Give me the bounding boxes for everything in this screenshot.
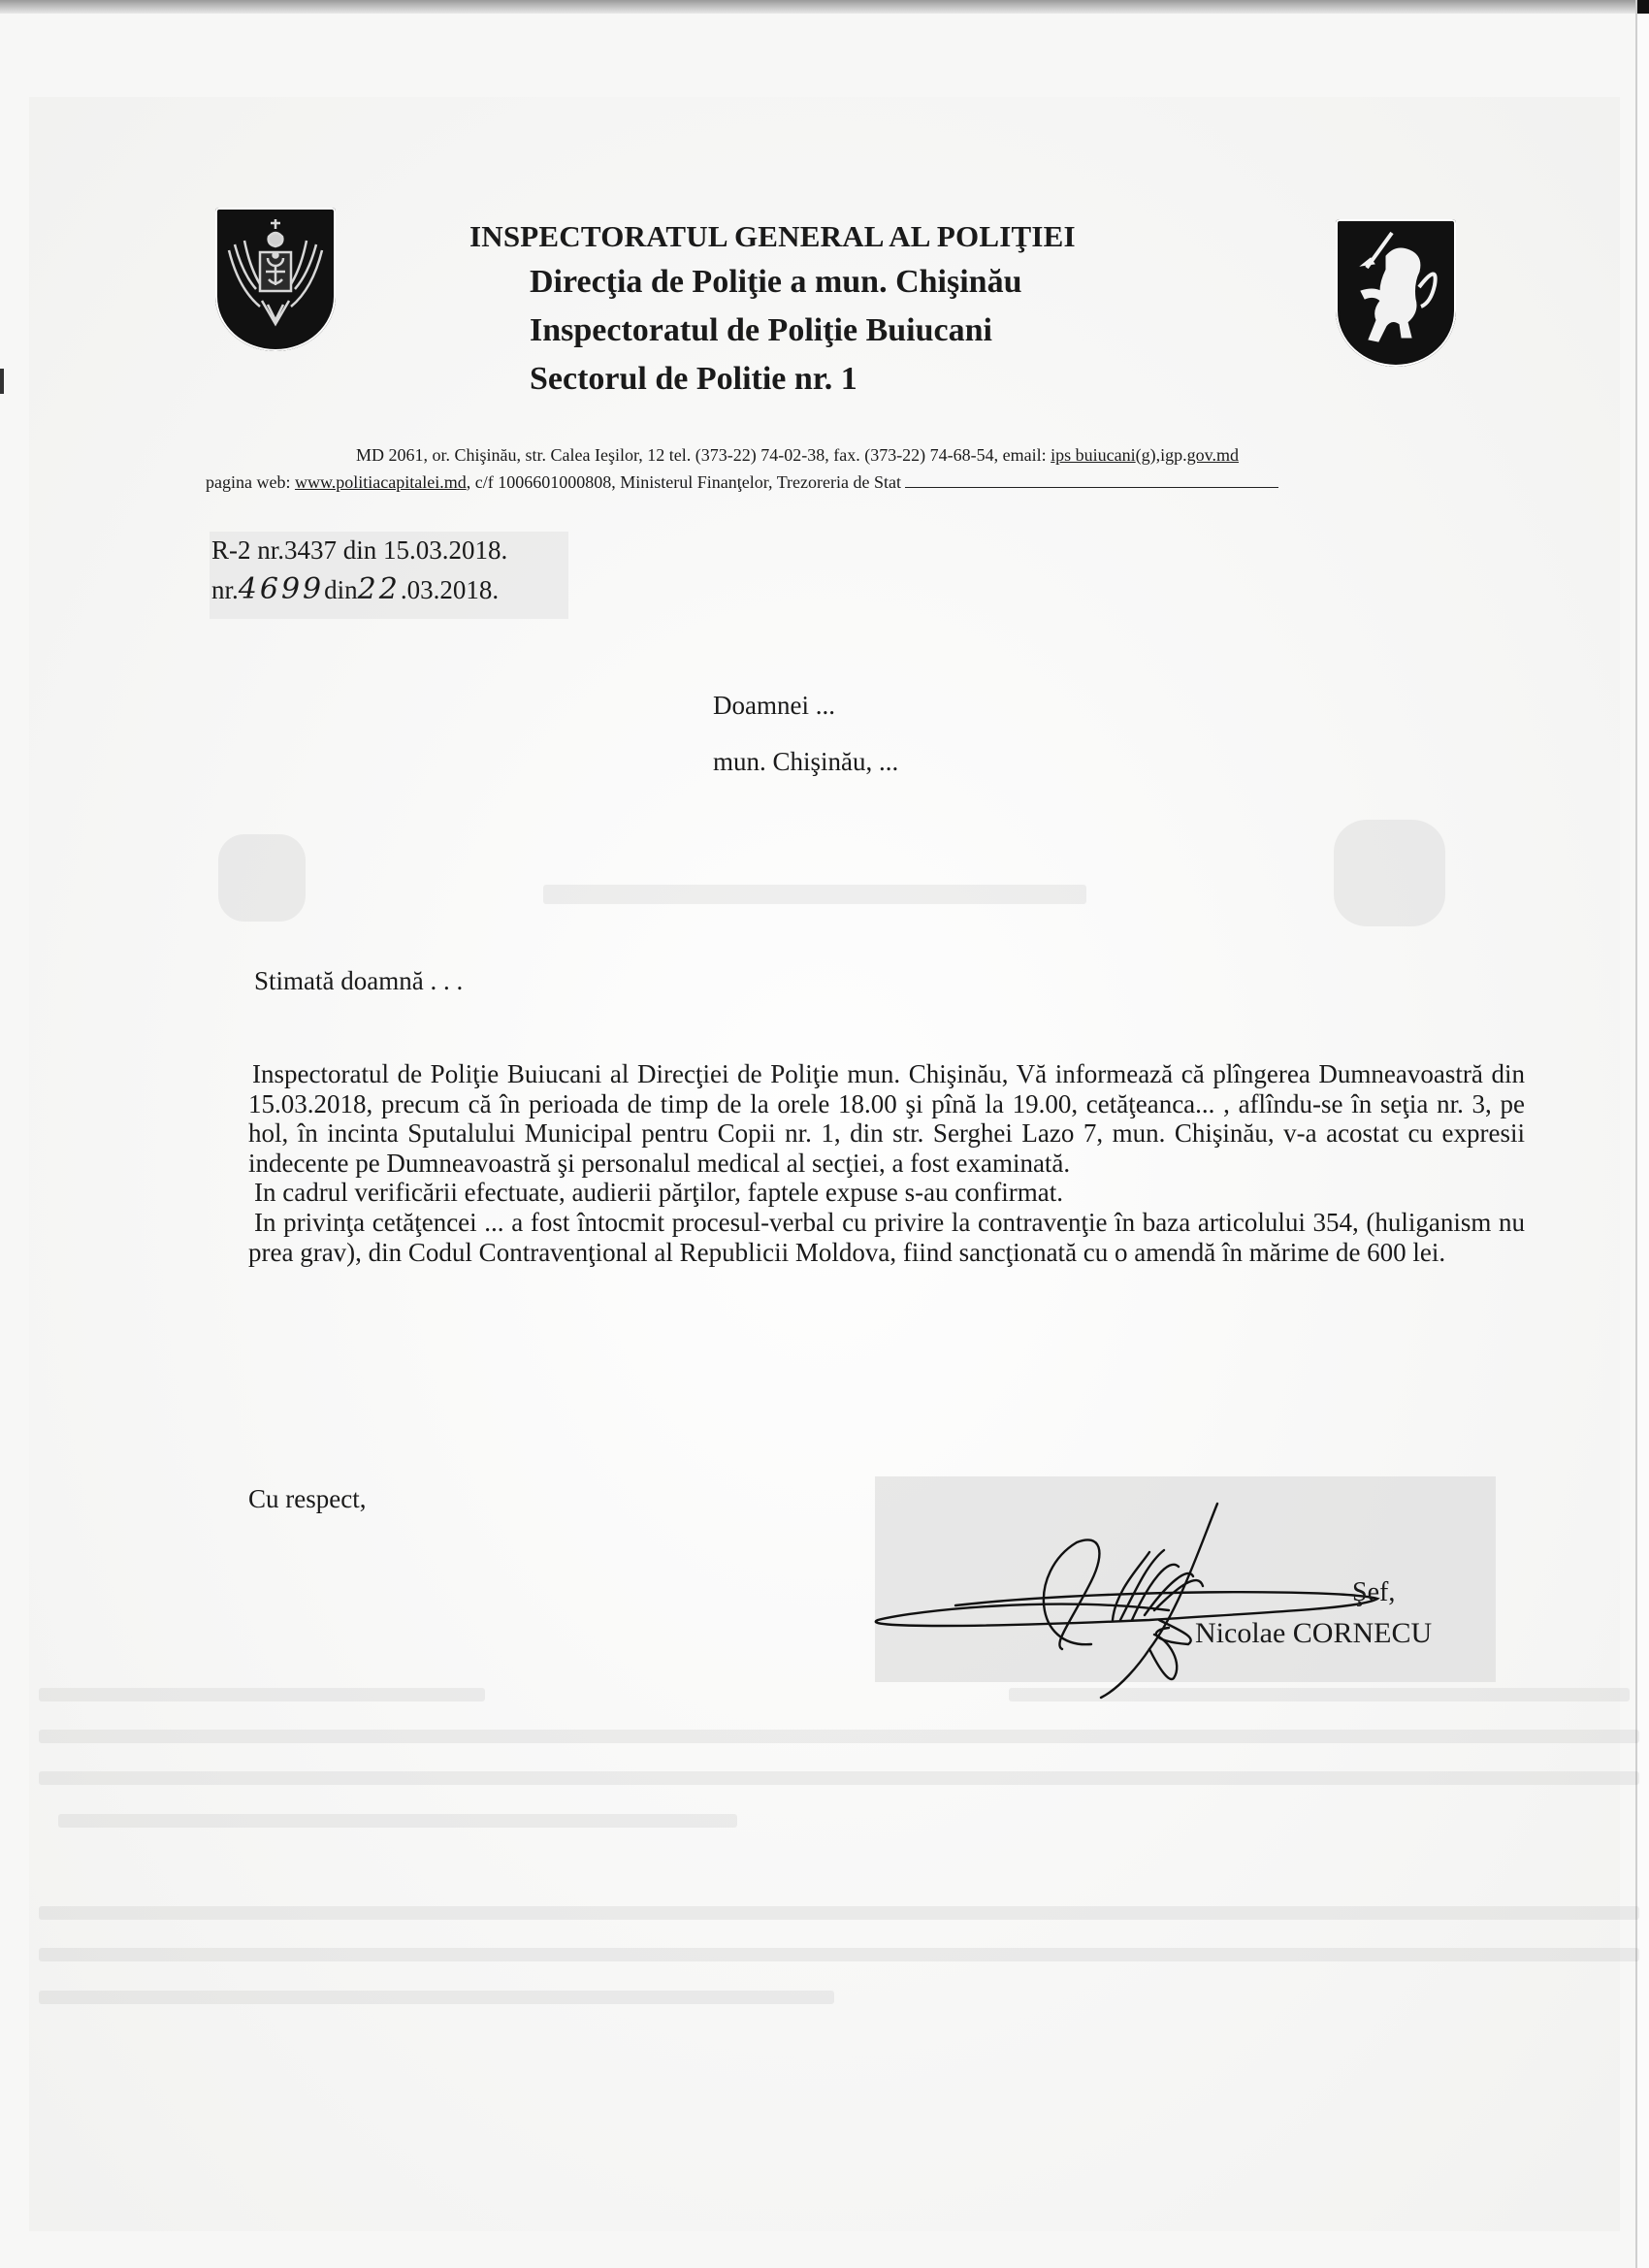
email-domain-link[interactable]: gov.md	[1187, 445, 1239, 465]
signatory-title: Şef,	[1352, 1577, 1395, 1608]
handwritten-number: 4699	[239, 572, 324, 606]
addressee-city: mun. Chişinău, ...	[713, 747, 898, 777]
letterhead-agency: INSPECTORATUL GENERAL AL POLIŢIEI	[469, 219, 1076, 254]
letterhead-inspectorate: Inspectoratul de Poliţie Buiucani	[530, 312, 992, 349]
signatory-name: Nicolae CORNECU	[1195, 1617, 1432, 1650]
body-paragraph: In privinţa cetăţencei ... a fost întocm…	[248, 1208, 1525, 1267]
letterhead-directorate: Direcţia de Poliţie a mun. Chişinău	[530, 264, 1022, 301]
body-paragraph: Inspectoratul de Poliţie Buiucani al Dir…	[248, 1059, 1525, 1178]
letter-body: Inspectoratul de Poliţie Buiucani al Dir…	[248, 1059, 1525, 1267]
addressee-name: Doamnei ...	[713, 691, 835, 721]
email-mid: (g),igp.	[1136, 445, 1187, 465]
outgoing-reference: nr.4699din22.03.2018.	[211, 572, 499, 606]
fiscal-info: , c/f 1006601000808, Ministerul Finanţel…	[467, 472, 901, 492]
handwritten-signature-icon	[858, 1474, 1518, 1707]
handwritten-day: 22	[358, 572, 401, 606]
outgoing-date-suffix: .03.2018.	[401, 575, 499, 604]
moldova-coat-of-arms-icon	[215, 208, 336, 351]
outgoing-din-label: din	[324, 575, 358, 604]
contact-address-line: MD 2061, or. Chişinău, str. Calea Ieşilo…	[356, 445, 1239, 466]
scan-top-edge	[0, 0, 1649, 14]
incoming-reference: R-2 nr.3437 din 15.03.2018.	[211, 535, 507, 566]
scan-right-edge	[1635, 0, 1649, 2268]
body-paragraph: In cadrul verificării efectuate, audieri…	[248, 1178, 1525, 1208]
email-link-part[interactable]: ips buiucani	[1051, 445, 1136, 465]
outgoing-nr-label: nr.	[211, 575, 239, 604]
web-label: pagina web:	[206, 472, 295, 492]
scan-mark	[0, 369, 4, 394]
website-link[interactable]: www.politiacapitalei.md	[295, 472, 467, 492]
contact-web-line: pagina web: www.politiacapitalei.md, c/f…	[206, 472, 1278, 493]
contact-address: MD 2061, or. Chişinău, str. Calea Ieşilo…	[356, 445, 1051, 465]
header-rule	[905, 473, 1278, 488]
salutation: Stimată doamnă . . .	[254, 966, 463, 996]
lion-with-sword-crest-icon	[1336, 219, 1456, 367]
letterhead-sector: Sectorul de Politie nr. 1	[530, 361, 857, 398]
closing-phrase: Cu respect,	[248, 1484, 366, 1514]
